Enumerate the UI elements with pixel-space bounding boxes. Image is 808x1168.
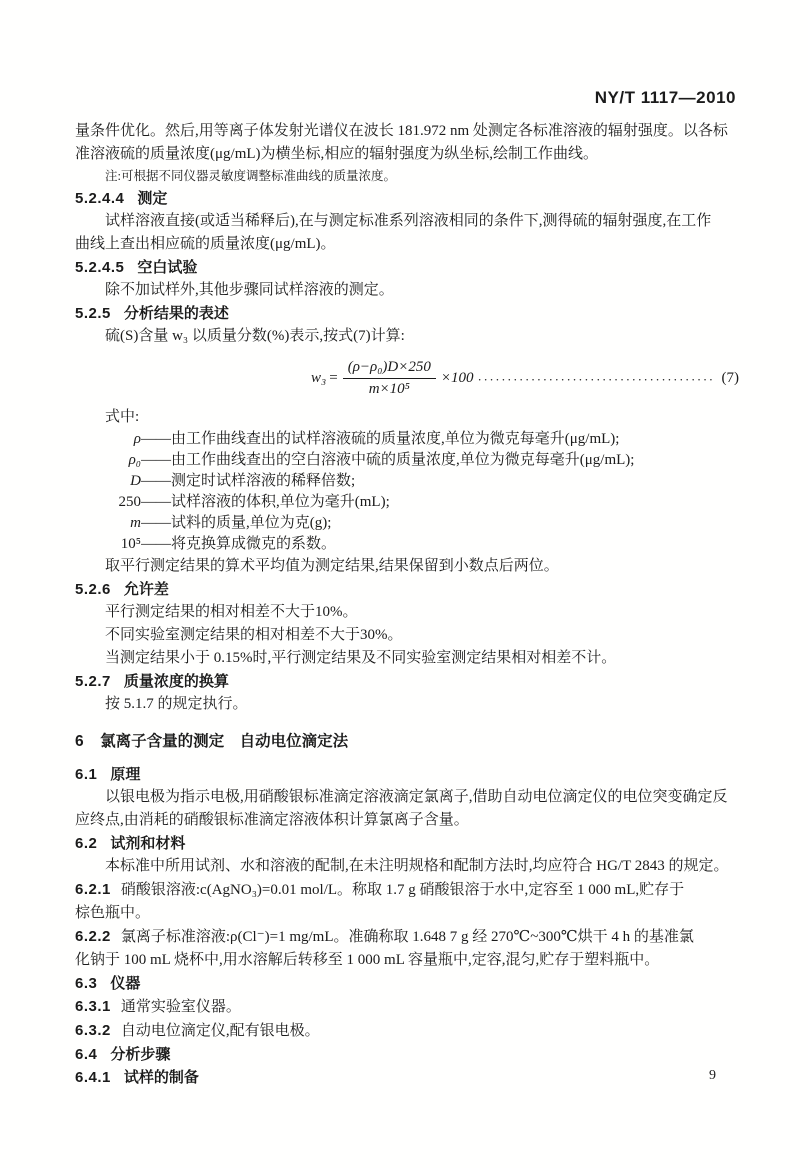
fraction-numerator: (ρ−ρ₀)D×250: [343, 359, 436, 379]
equation-7: w₃ = (ρ−ρ₀)D×250 m×10⁵ ×100 ············…: [75, 354, 739, 402]
paragraph-line: 当测定结果小于 0.15%时,平行测定结果及不同实验室测定结果相对相差不计。: [75, 647, 739, 670]
symbol: 10⁵: [75, 534, 141, 555]
document-page: NY/T 1117—2010 量条件优化。然后,用等离子体发射光谱仪在波长 18…: [0, 0, 808, 1168]
section-title: 质量浓度的换算: [124, 673, 229, 690]
symbol-description: ——将克换算成微克的系数。: [141, 534, 739, 555]
clause-text: 通常实验室仪器。: [121, 999, 241, 1015]
clause-number: 6.2.2: [75, 928, 111, 945]
symbol-description: ——试料的质量,单位为克(g);: [141, 513, 739, 534]
formula-multiplier: ×100: [441, 370, 474, 387]
section-title: 允许差: [124, 581, 169, 598]
section-heading-5-2-4-4: 5.2.4.4测定: [75, 187, 739, 210]
symbol-definition: D——测定时试样溶液的稀释倍数;: [75, 471, 739, 492]
dot-leader: ········································…: [478, 369, 716, 388]
section-number: 6.4: [75, 1046, 97, 1063]
page-number: 9: [709, 1068, 716, 1084]
section-number: 6.2: [75, 835, 97, 852]
paragraph-line: 除不加试样外,其他步骤同试样溶液的测定。: [75, 279, 739, 302]
chapter-heading-6: 6氯离子含量的测定 自动电位滴定法: [75, 730, 739, 753]
clause-6-2-2: 6.2.2氯离子标准溶液:ρ(Cl⁻)=1 mg/mL。准确称取 1.648 7…: [75, 925, 739, 949]
paragraph-line: 准溶液硫的质量浓度(μg/mL)为横坐标,相应的辐射强度为纵坐标,绘制工作曲线。: [75, 143, 739, 166]
symbol-description: ——由工作曲线查出的空白溶液中硫的质量浓度,单位为微克每毫升(μg/mL);: [141, 450, 739, 471]
standard-number: NY/T 1117—2010: [595, 88, 736, 108]
section-number: 5.2.7: [75, 673, 111, 690]
clause-6-2-1: 6.2.1硝酸银溶液:c(AgNO₃)=0.01 mol/L。称取 1.7 g …: [75, 878, 739, 902]
section-title: 空白试验: [137, 259, 197, 276]
section-heading-6-3: 6.3仪器: [75, 972, 739, 995]
section-heading-5-2-5: 5.2.5分析结果的表述: [75, 302, 739, 325]
paragraph-line: 化钠于 100 mL 烧杯中,用水溶解后转移至 1 000 mL 容量瓶中,定容…: [75, 949, 739, 972]
symbol-description: ——试样溶液的体积,单位为毫升(mL);: [141, 492, 739, 513]
paragraph-line: 本标准中所用试剂、水和溶液的配制,在未注明规格和配制方法时,均应符合 HG/T …: [75, 855, 739, 878]
paragraph-line: 棕色瓶中。: [75, 902, 739, 925]
section-title: 仪器: [110, 975, 140, 992]
clause-number: 6.3.2: [75, 1022, 111, 1039]
paragraph-line: 以银电极为指示电极,用硝酸银标准滴定溶液滴定氯离子,借助自动电位滴定仪的电位突变…: [75, 786, 739, 809]
symbol-definition: ρ₀——由工作曲线查出的空白溶液中硫的质量浓度,单位为微克每毫升(μg/mL);: [75, 450, 739, 471]
symbol: m: [75, 513, 141, 534]
section-title: 测定: [137, 190, 167, 207]
section-heading-5-2-7: 5.2.7质量浓度的换算: [75, 670, 739, 693]
equation-number: (7): [722, 370, 740, 387]
equals-sign: =: [329, 370, 337, 387]
section-title: 分析结果的表述: [124, 305, 229, 322]
paragraph-line: 试样溶液直接(或适当稀释后),在与测定标准系列溶液相同的条件下,测得硫的辐射强度…: [75, 210, 739, 233]
formula-lhs: w₃: [311, 370, 326, 387]
symbol: ρ: [75, 429, 141, 450]
section-heading-6-1: 6.1原理: [75, 763, 739, 786]
paragraph-line: 平行测定结果的相对相差不大于10%。: [75, 601, 739, 624]
section-number: 6.3: [75, 975, 97, 992]
section-number: 6.4.1: [75, 1069, 111, 1086]
paragraph-line: 按 5.1.7 的规定执行。: [75, 693, 739, 716]
fraction-denominator: m×10⁵: [343, 379, 436, 398]
document-body: 量条件优化。然后,用等离子体发射光谱仪在波长 181.972 nm 处测定各标准…: [75, 120, 739, 1089]
section-number: 5.2.4.5: [75, 259, 124, 276]
clause-text: 氯离子标准溶液:ρ(Cl⁻)=1 mg/mL。准确称取 1.648 7 g 经 …: [121, 929, 694, 945]
symbol-definition: ρ——由工作曲线查出的试样溶液硫的质量浓度,单位为微克每毫升(μg/mL);: [75, 429, 739, 450]
section-title: 原理: [110, 766, 140, 783]
section-title: 分析步骤: [110, 1046, 170, 1063]
section-heading-5-2-4-5: 5.2.4.5空白试验: [75, 256, 739, 279]
symbol-definition: m——试料的质量,单位为克(g);: [75, 513, 739, 534]
clause-number: 6.3.1: [75, 998, 111, 1015]
clause-text: 自动电位滴定仪,配有银电极。: [121, 1023, 320, 1039]
clause-6-3-2: 6.3.2自动电位滴定仪,配有银电极。: [75, 1019, 739, 1043]
paragraph-line: 量条件优化。然后,用等离子体发射光谱仪在波长 181.972 nm 处测定各标准…: [75, 120, 739, 143]
formula-expression: w₃ = (ρ−ρ₀)D×250 m×10⁵ ×100: [311, 359, 474, 398]
section-number: 5.2.5: [75, 305, 111, 322]
section-number: 5.2.6: [75, 581, 111, 598]
section-number: 5.2.4.4: [75, 190, 124, 207]
section-heading-6-4-1: 6.4.1试样的制备: [75, 1066, 739, 1089]
section-title: 试剂和材料: [110, 835, 185, 852]
fraction: (ρ−ρ₀)D×250 m×10⁵: [343, 359, 436, 398]
symbol: D: [75, 471, 141, 492]
chapter-number: 6: [75, 733, 84, 750]
section-heading-6-4: 6.4分析步骤: [75, 1043, 739, 1066]
symbol-description: ——由工作曲线查出的试样溶液硫的质量浓度,单位为微克每毫升(μg/mL);: [141, 429, 739, 450]
paragraph-line: 应终点,由消耗的硝酸银标准滴定溶液体积计算氯离子含量。: [75, 809, 739, 832]
chapter-title: 氯离子含量的测定 自动电位滴定法: [100, 733, 348, 750]
section-number: 6.1: [75, 766, 97, 783]
paragraph-line: 硫(S)含量 w₃ 以质量分数(%)表示,按式(7)计算:: [75, 325, 739, 348]
symbol-definition: 10⁵——将克换算成微克的系数。: [75, 534, 739, 555]
paragraph-line: 不同实验室测定结果的相对相差不大于30%。: [75, 624, 739, 647]
note-line: 注:可根据不同仪器灵敏度调整标准曲线的质量浓度。: [75, 166, 739, 187]
clause-number: 6.2.1: [75, 881, 111, 898]
clause-text: 硝酸银溶液:c(AgNO₃)=0.01 mol/L。称取 1.7 g 硝酸银溶于…: [121, 882, 684, 898]
symbol-definition: 250——试样溶液的体积,单位为毫升(mL);: [75, 492, 739, 513]
section-heading-5-2-6: 5.2.6允许差: [75, 578, 739, 601]
symbol: 250: [75, 492, 141, 513]
symbol-description: ——测定时试样溶液的稀释倍数;: [141, 471, 739, 492]
section-heading-6-2: 6.2试剂和材料: [75, 832, 739, 855]
where-label: 式中:: [75, 406, 739, 429]
section-title: 试样的制备: [124, 1069, 199, 1086]
symbol: ρ₀: [75, 450, 141, 471]
paragraph-line: 取平行测定结果的算术平均值为测定结果,结果保留到小数点后两位。: [75, 555, 739, 578]
paragraph-line: 曲线上查出相应硫的质量浓度(μg/mL)。: [75, 233, 739, 256]
clause-6-3-1: 6.3.1通常实验室仪器。: [75, 995, 739, 1019]
